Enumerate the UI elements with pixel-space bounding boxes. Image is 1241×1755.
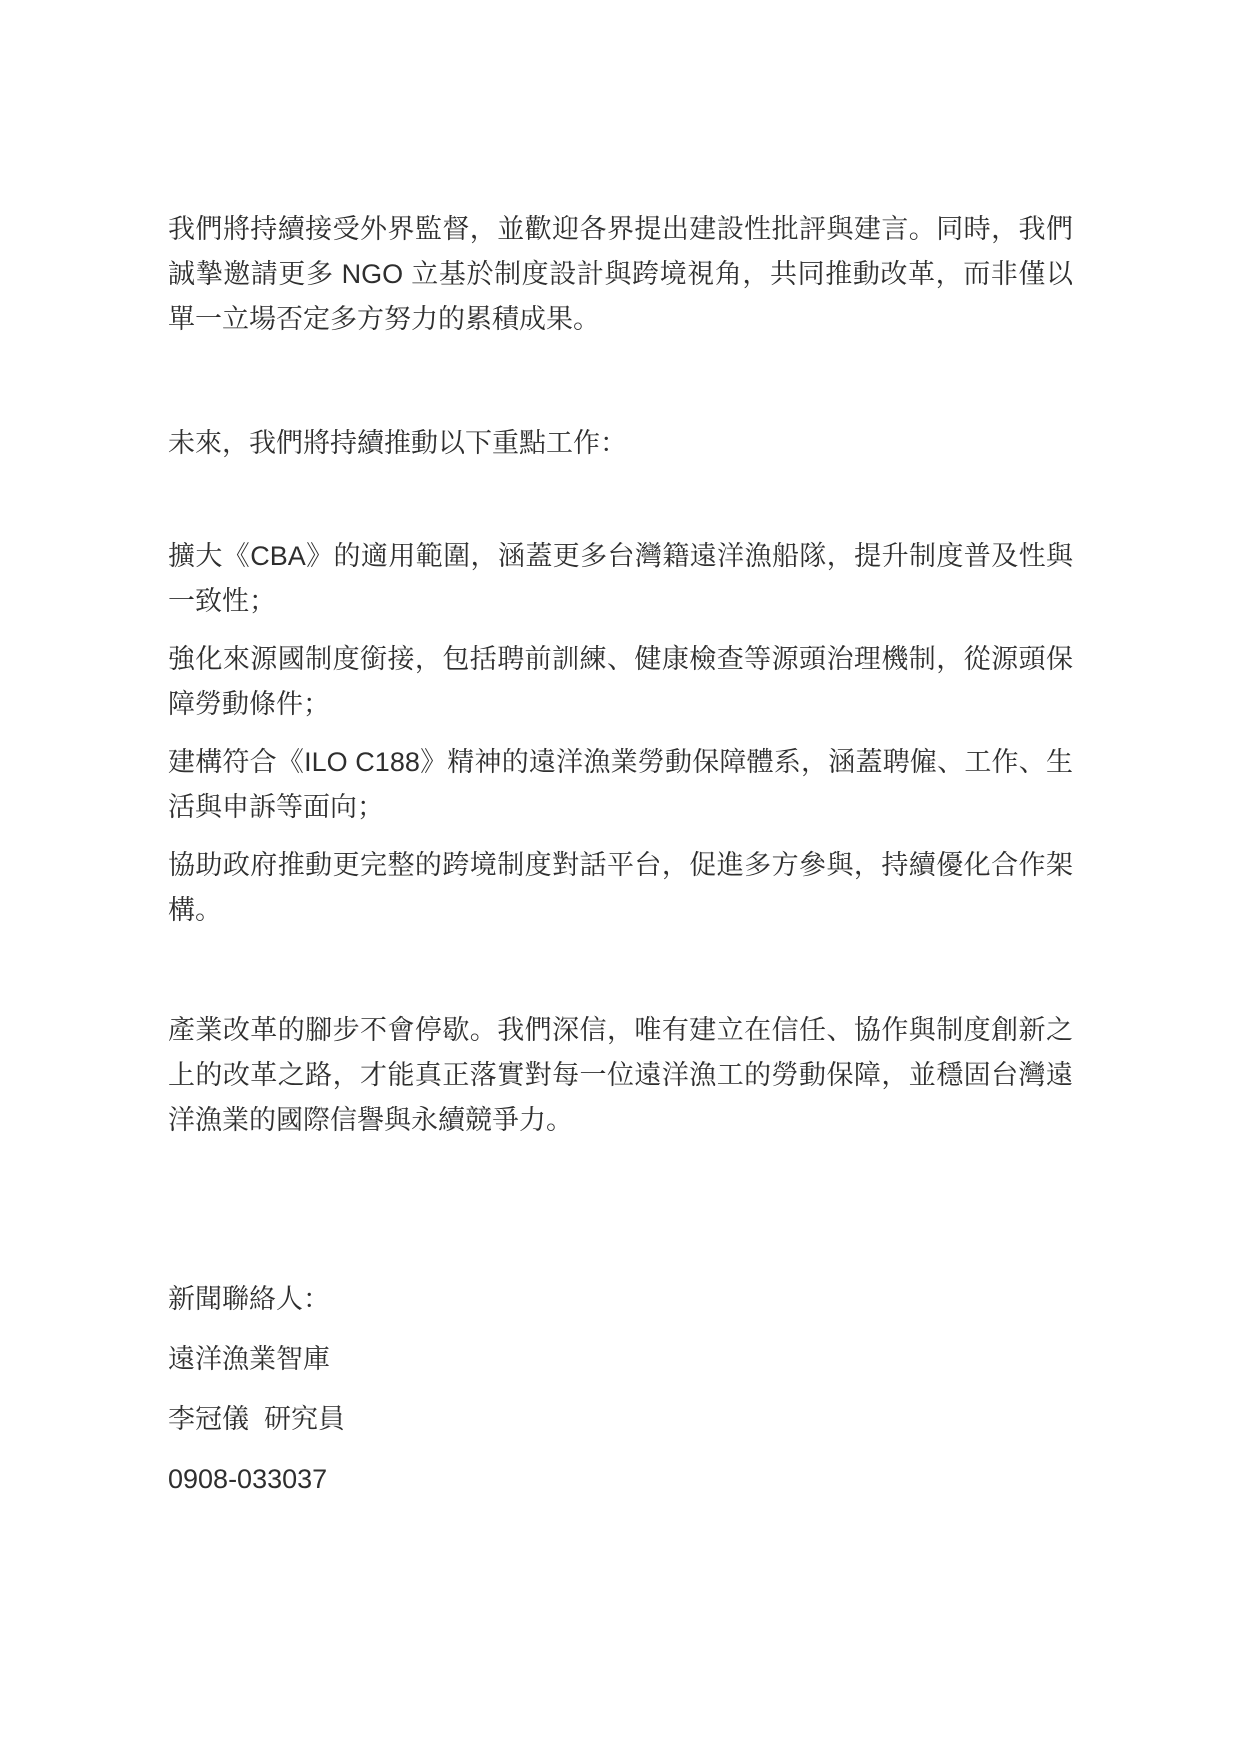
contact-phone: 0908-033037 xyxy=(168,1457,1073,1502)
paragraph-future-work-lead: 未來，我們將持續推動以下重點工作： xyxy=(168,421,1073,466)
paragraph-item-source-country: 強化來源國制度銜接，包括聘前訓練、健康檢查等源頭治理機制，從源頭保障勞動條件； xyxy=(168,637,1073,727)
paragraph-item-dialogue-platform: 協助政府推動更完整的跨境制度對話平台，促進多方參與，持續優化合作架構。 xyxy=(168,843,1073,933)
paragraph-closing-statement: 產業改革的腳步不會停歇。我們深信，唯有建立在信任、協作與制度創新之上的改革之路，… xyxy=(168,1008,1073,1143)
document-content: 我們將持續接受外界監督，並歡迎各界提出建設性批評與建言。同時，我們誠摯邀請更多 … xyxy=(0,0,1241,1502)
contact-heading: 新聞聯絡人： xyxy=(168,1277,1073,1322)
paragraph-item-cba-scope: 擴大《CBA》的適用範圍，涵蓋更多台灣籍遠洋漁船隊，提升制度普及性與一致性； xyxy=(168,534,1073,624)
paragraph-oversight-intro: 我們將持續接受外界監督，並歡迎各界提出建設性批評與建言。同時，我們誠摯邀請更多 … xyxy=(168,207,1073,342)
contact-block: 新聞聯絡人： 遠洋漁業智庫 李冠儀 研究員 0908-033037 xyxy=(168,1277,1073,1502)
contact-organization: 遠洋漁業智庫 xyxy=(168,1337,1073,1382)
document-page: 我們將持續接受外界監督，並歡迎各界提出建設性批評與建言。同時，我們誠摯邀請更多 … xyxy=(0,0,1241,1755)
contact-person: 李冠儀 研究員 xyxy=(168,1397,1073,1442)
paragraph-item-ilo-c188: 建構符合《ILO C188》精神的遠洋漁業勞動保障體系，涵蓋聘僱、工作、生活與申… xyxy=(168,740,1073,830)
